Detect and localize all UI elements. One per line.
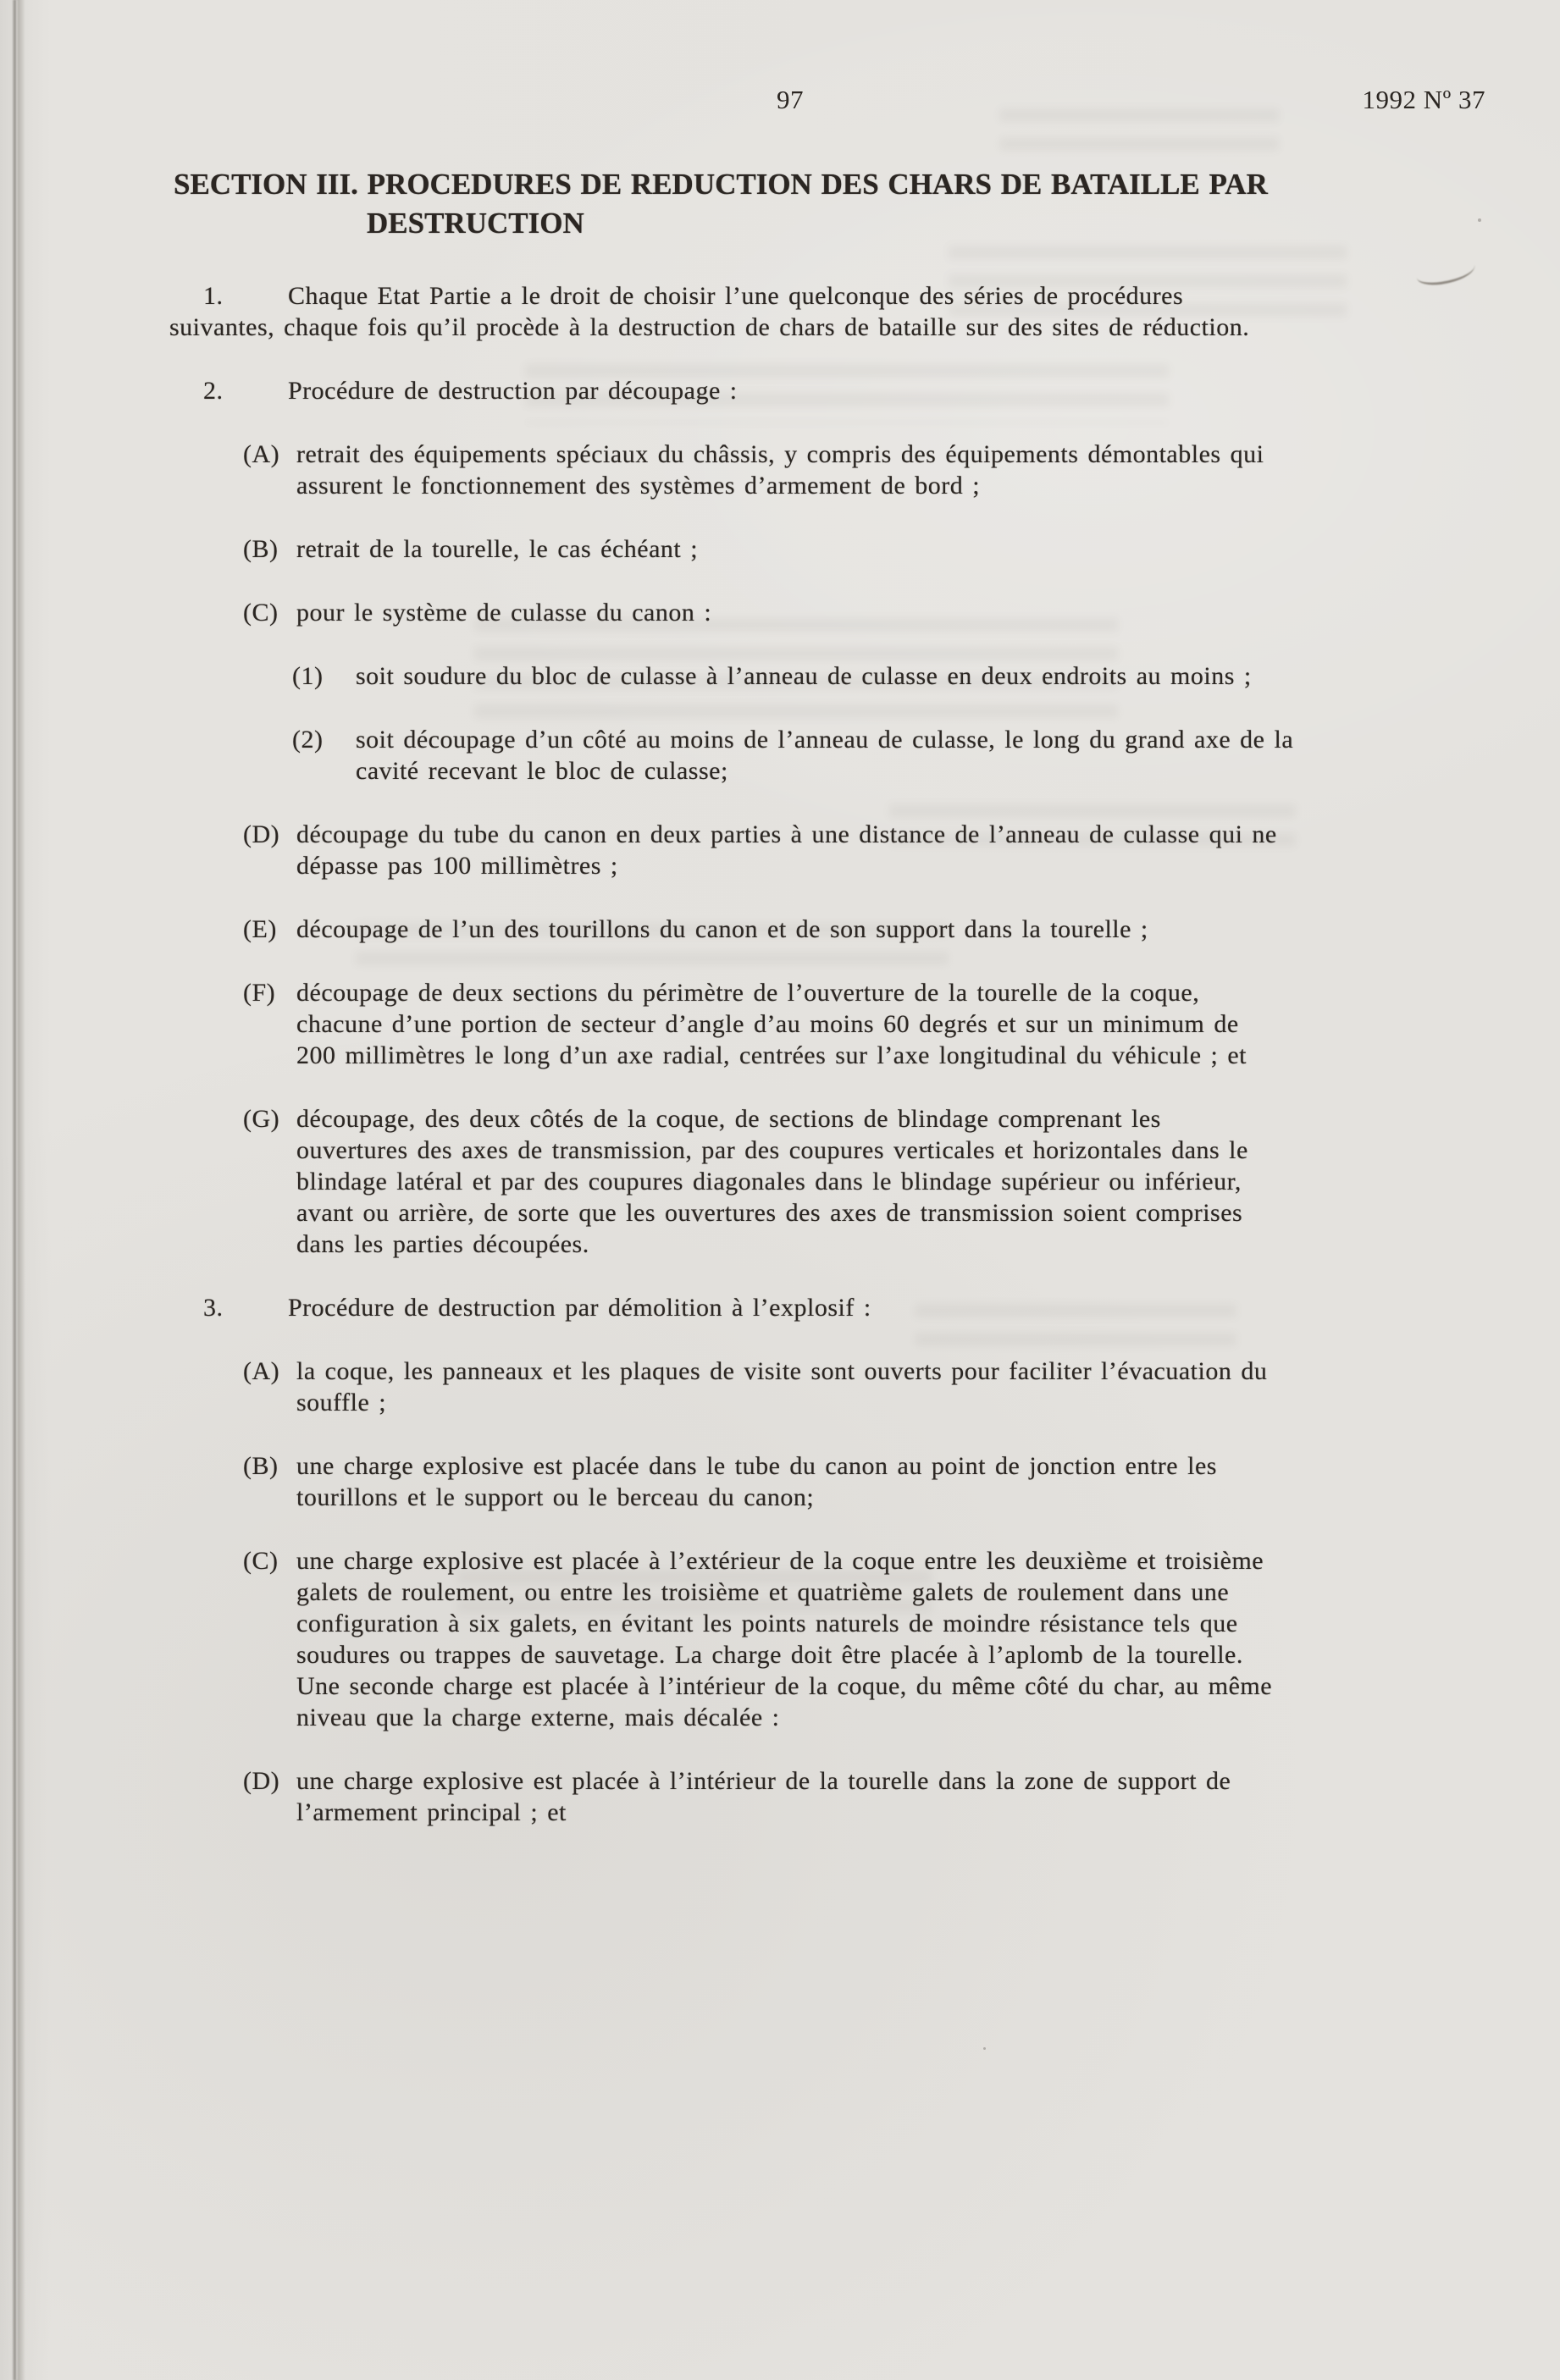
section-heading: SECTION III. PROCEDURES DE REDUCTION DES…	[174, 165, 1424, 243]
item-text: retrait des équipements spéciaux du châs…	[296, 439, 1424, 501]
paragraph-number: 3.	[203, 1292, 288, 1323]
scanned-document-page: 97 1992 Nº 37 SECTION III. PROCEDURES DE…	[0, 0, 1560, 2380]
item-label: (A)	[243, 1356, 296, 1418]
dust-speck	[983, 2047, 986, 2050]
item-text: découpage de deux sections du périmètre …	[296, 977, 1424, 1071]
item-text: découpage du tube du canon en deux parti…	[296, 819, 1424, 881]
item-label: (C)	[243, 1545, 296, 1733]
dust-speck	[1478, 218, 1481, 222]
item-text: retrait de la tourelle, le cas échéant ;	[296, 533, 1424, 565]
list-item-2b: (B) retrait de la tourelle, le cas échéa…	[169, 533, 1424, 565]
list-item-3a: (A) la coque, les panneaux et les plaque…	[169, 1356, 1424, 1418]
sub-item-2c2: (2) soit découpage d’un côté au moins de…	[169, 724, 1424, 787]
item-label: (C)	[243, 597, 296, 628]
item-text: découpage de l’un des tourillons du cano…	[296, 914, 1424, 945]
list-item-3d: (D) une charge explosive est placée à l’…	[169, 1765, 1424, 1828]
item-label: (E)	[243, 914, 296, 945]
list-item-3c: (C) une charge explosive est placée à l’…	[169, 1545, 1424, 1733]
paragraph-text: Procédure de destruction par démolition …	[288, 1294, 871, 1322]
list-item-2c: (C) pour le système de culasse du canon …	[169, 597, 1424, 628]
item-label: (1)	[292, 660, 356, 692]
paragraph-text: Chaque Etat Partie a le droit de choisir…	[169, 282, 1249, 341]
list-item-2a: (A) retrait des équipements spéciaux du …	[169, 439, 1424, 501]
page-number: 97	[0, 85, 1560, 115]
item-text: une charge explosive est placée à l’exté…	[296, 1545, 1424, 1733]
paragraph-3: 3.Procédure de destruction par démolitio…	[169, 1292, 1424, 1323]
paragraph-number: 2.	[203, 375, 288, 406]
item-text: soit découpage d’un côté au moins de l’a…	[356, 724, 1424, 787]
page-edge-shadow	[12, 0, 19, 2380]
item-text: pour le système de culasse du canon :	[296, 597, 1424, 628]
paragraph-number: 1.	[203, 280, 288, 312]
doc-reference: 1992 Nº 37	[1363, 85, 1486, 115]
item-label: (D)	[243, 1765, 296, 1828]
item-label: (A)	[243, 439, 296, 501]
paragraph-1: 1.Chaque Etat Partie a le droit de chois…	[169, 280, 1424, 343]
list-item-3b: (B) une charge explosive est placée dans…	[169, 1450, 1424, 1513]
item-label: (2)	[292, 724, 356, 787]
item-label: (D)	[243, 819, 296, 881]
item-label: (G)	[243, 1103, 296, 1260]
list-item-2d: (D) découpage du tube du canon en deux p…	[169, 819, 1424, 881]
item-text: une charge explosive est placée à l’inté…	[296, 1765, 1424, 1828]
item-label: (B)	[243, 533, 296, 565]
list-item-2f: (F) découpage de deux sections du périmè…	[169, 977, 1424, 1071]
item-label: (F)	[243, 977, 296, 1071]
item-text: soit soudure du bloc de culasse à l’anne…	[356, 660, 1424, 692]
list-item-2g: (G) découpage, des deux côtés de la coqu…	[169, 1103, 1424, 1260]
page-header: 97 1992 Nº 37	[0, 85, 1560, 117]
item-text: la coque, les panneaux et les plaques de…	[296, 1356, 1424, 1418]
item-text: une charge explosive est placée dans le …	[296, 1450, 1424, 1513]
paragraph-2: 2.Procédure de destruction par découpage…	[169, 375, 1424, 406]
item-label: (B)	[243, 1450, 296, 1513]
sub-item-2c1: (1) soit soudure du bloc de culasse à l’…	[169, 660, 1424, 692]
paragraph-text: Procédure de destruction par découpage :	[288, 377, 738, 405]
document-body: SECTION III. PROCEDURES DE REDUCTION DES…	[169, 165, 1424, 1828]
list-item-2e: (E) découpage de l’un des tourillons du …	[169, 914, 1424, 945]
item-text: découpage, des deux côtés de la coque, d…	[296, 1103, 1424, 1260]
